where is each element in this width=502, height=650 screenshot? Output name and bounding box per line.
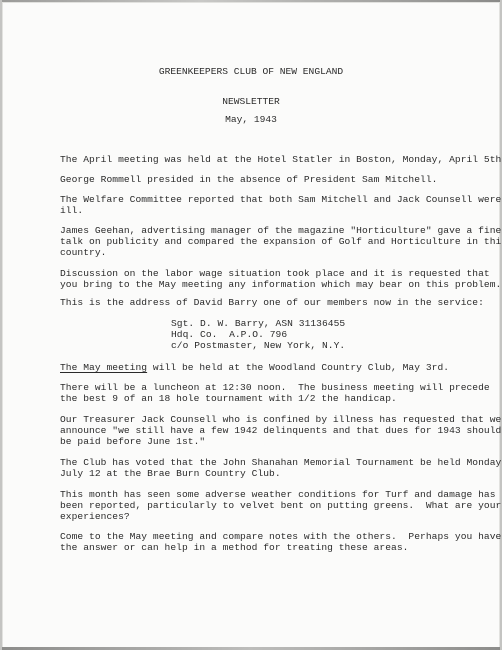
paragraph-weather-line2: been reported, particularly to velvet be… (60, 500, 501, 511)
address-line2: Hdq. Co. A.P.O. 796 (171, 329, 287, 340)
may-meeting-rest: will be held at the Woodland Country Clu… (147, 362, 449, 373)
paragraph-luncheon-line2: the best 9 of an 18 hole tournament with… (60, 393, 397, 404)
paragraph-welfare-line1: The Welfare Committee reported that both… (60, 194, 501, 205)
issue-date: May, 1943 (0, 114, 502, 125)
paragraph-treasurer-line3: be paid before June 1st." (60, 436, 205, 447)
paragraph-geehan-line1: James Geehan, advertising manager of the… (60, 225, 501, 236)
paragraph-luncheon-line1: There will be a luncheon at 12:30 noon. … (60, 382, 490, 393)
org-heading: GREENKEEPERS CLUB OF NEW ENGLAND (0, 66, 502, 77)
newsletter-title: NEWSLETTER (0, 96, 502, 107)
paragraph-treasurer-line1: Our Treasurer Jack Counsell who is confi… (60, 414, 501, 425)
address-line3: c/o Postmaster, New York, N.Y. (171, 340, 345, 351)
paragraph-labor-line2: you bring to the May meeting any informa… (60, 279, 501, 290)
paragraph-tournament-line1: The Club has voted that the John Shanaha… (60, 457, 502, 468)
paragraph-weather-line3: experiences? (60, 511, 130, 522)
paragraph-may-meeting: The May meeting will be held at the Wood… (60, 362, 449, 373)
paragraph-address-intro: This is the address of David Barry one o… (60, 297, 484, 308)
paragraph-come-line1: Come to the May meeting and compare note… (60, 531, 501, 542)
paragraph-presided: George Rommell presided in the absence o… (60, 174, 437, 185)
paragraph-geehan-line2: talk on publicity and compared the expan… (60, 236, 502, 247)
address-line1: Sgt. D. W. Barry, ASN 31136455 (171, 318, 345, 329)
paragraph-labor-line1: Discussion on the labor wage situation t… (60, 268, 490, 279)
paragraph-geehan-line3: country. (60, 247, 106, 258)
paragraph-treasurer-line2: announce "we still have a few 1942 delin… (60, 425, 501, 436)
paragraph-weather-line1: This month has seen some adverse weather… (60, 489, 496, 500)
paragraph-welfare-line2: ill. (60, 205, 83, 216)
paragraph-tournament-line2: July 12 at the Brae Burn Country Club. (60, 468, 281, 479)
scan-edge-top (0, 0, 502, 2)
may-meeting-underlined: The May meeting (60, 362, 147, 373)
paragraph-come-line2: the answer or can help in a method for t… (60, 542, 408, 553)
paragraph-april-meeting: The April meeting was held at the Hotel … (60, 154, 502, 165)
